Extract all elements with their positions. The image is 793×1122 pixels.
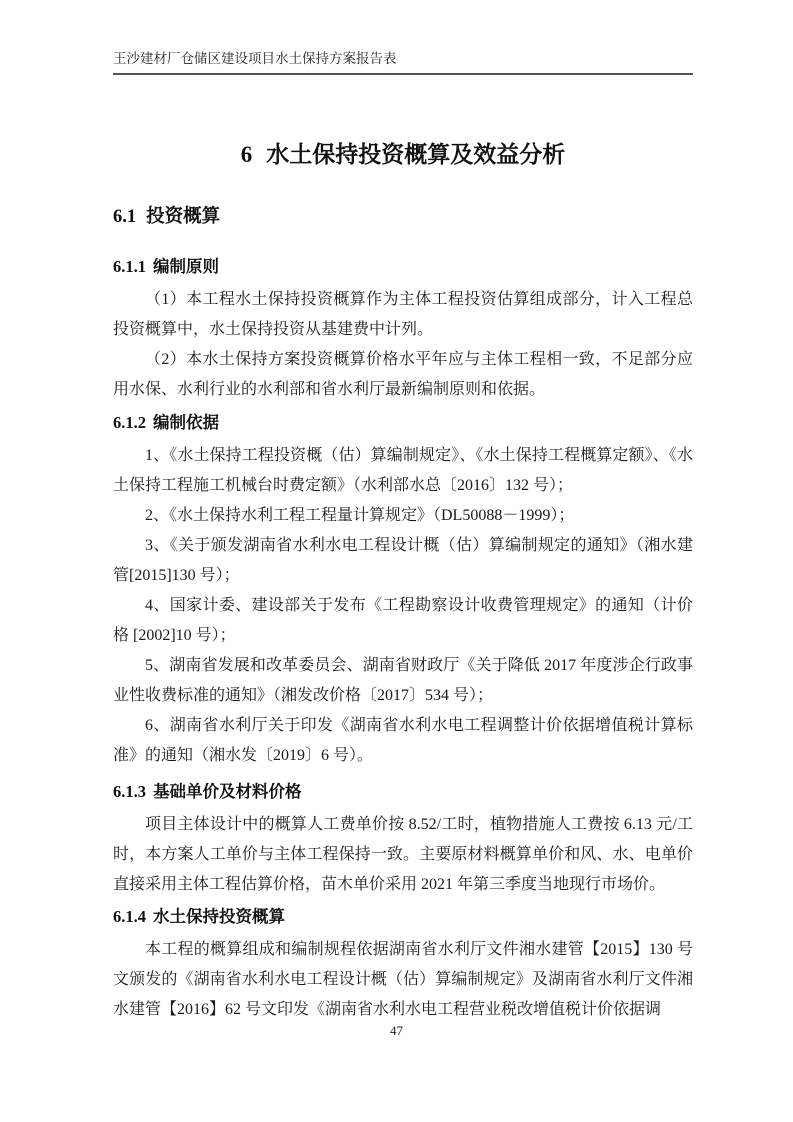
chapter-number: 6	[241, 142, 253, 167]
subsection-heading-614: 6.1.4水土保持投资概算	[113, 906, 693, 928]
subsection-title-text: 编制原则	[153, 258, 219, 276]
paragraph: 3、《关于颁发湖南省水利水电工程设计概（估）算编制规定的通知》（湘水建管[201…	[113, 531, 693, 591]
subsection-number: 6.1.4	[113, 907, 146, 926]
section-heading: 6.1投资概算	[113, 202, 693, 231]
section-title-text: 投资概算	[146, 205, 220, 226]
paragraph: 项目主体设计中的概算人工费单价按 8.52/工时，植物措施人工费按 6.13 元…	[113, 810, 693, 900]
section-number: 6.1	[113, 207, 136, 227]
subsection-title-text: 水土保持投资概算	[153, 908, 285, 926]
paragraph: 6、湖南省水利厅关于印发《湖南省水利水电工程调整计价依据增值税计算标准》的通知（…	[113, 711, 693, 771]
subsection-number: 6.1.1	[113, 257, 146, 276]
subsection-title-text: 编制依据	[153, 414, 219, 432]
subsection-number: 6.1.2	[113, 413, 146, 432]
paragraph: 2、《水土保持水利工程工程量计算规定》（DL50088－1999）；	[113, 501, 693, 531]
paragraph: 1、《水土保持工程投资概（估）算编制规定》、《水土保持工程概算定额》、《水土保持…	[113, 441, 693, 501]
subsection-title-text: 基础单价及材料价格	[153, 783, 302, 801]
page-footer: 47	[0, 1023, 793, 1039]
page-number: 47	[390, 1023, 403, 1038]
paragraph: 5、湖南省发展和改革委员会、湖南省财政厅《关于降低 2017 年度涉企行政事业性…	[113, 651, 693, 711]
chapter-title: 6水土保持投资概算及效益分析	[113, 137, 693, 172]
paragraph: 本工程的概算组成和编制规程依据湖南省水利厅文件湘水建管【2015】130 号文颁…	[113, 935, 693, 1025]
subsection-heading-611: 6.1.1编制原则	[113, 256, 693, 278]
subsection-heading-613: 6.1.3基础单价及材料价格	[113, 781, 693, 803]
running-header: 王沙建材厂仓储区建设项目水土保持方案报告表	[113, 50, 693, 75]
running-header-text: 王沙建材厂仓储区建设项目水土保持方案报告表	[113, 51, 397, 66]
chapter-title-text: 水土保持投资概算及效益分析	[266, 141, 565, 167]
paragraph: （2）本水土保持方案投资概算价格水平年应与主体工程相一致，不足部分应用水保、水利…	[113, 345, 693, 405]
paragraph: 4、国家计委、建设部关于发布《工程勘察设计收费管理规定》的通知（计价格 [200…	[113, 591, 693, 651]
document-page: 王沙建材厂仓储区建设项目水土保持方案报告表 6水土保持投资概算及效益分析 6.1…	[0, 0, 793, 1122]
subsection-heading-612: 6.1.2编制依据	[113, 412, 693, 434]
paragraph: （1）本工程水土保持投资概算作为主体工程投资估算组成部分，计入工程总投资概算中，…	[113, 285, 693, 345]
subsection-number: 6.1.3	[113, 782, 146, 801]
page-content: 6水土保持投资概算及效益分析 6.1投资概算 6.1.1编制原则 （1）本工程水…	[113, 131, 693, 1025]
